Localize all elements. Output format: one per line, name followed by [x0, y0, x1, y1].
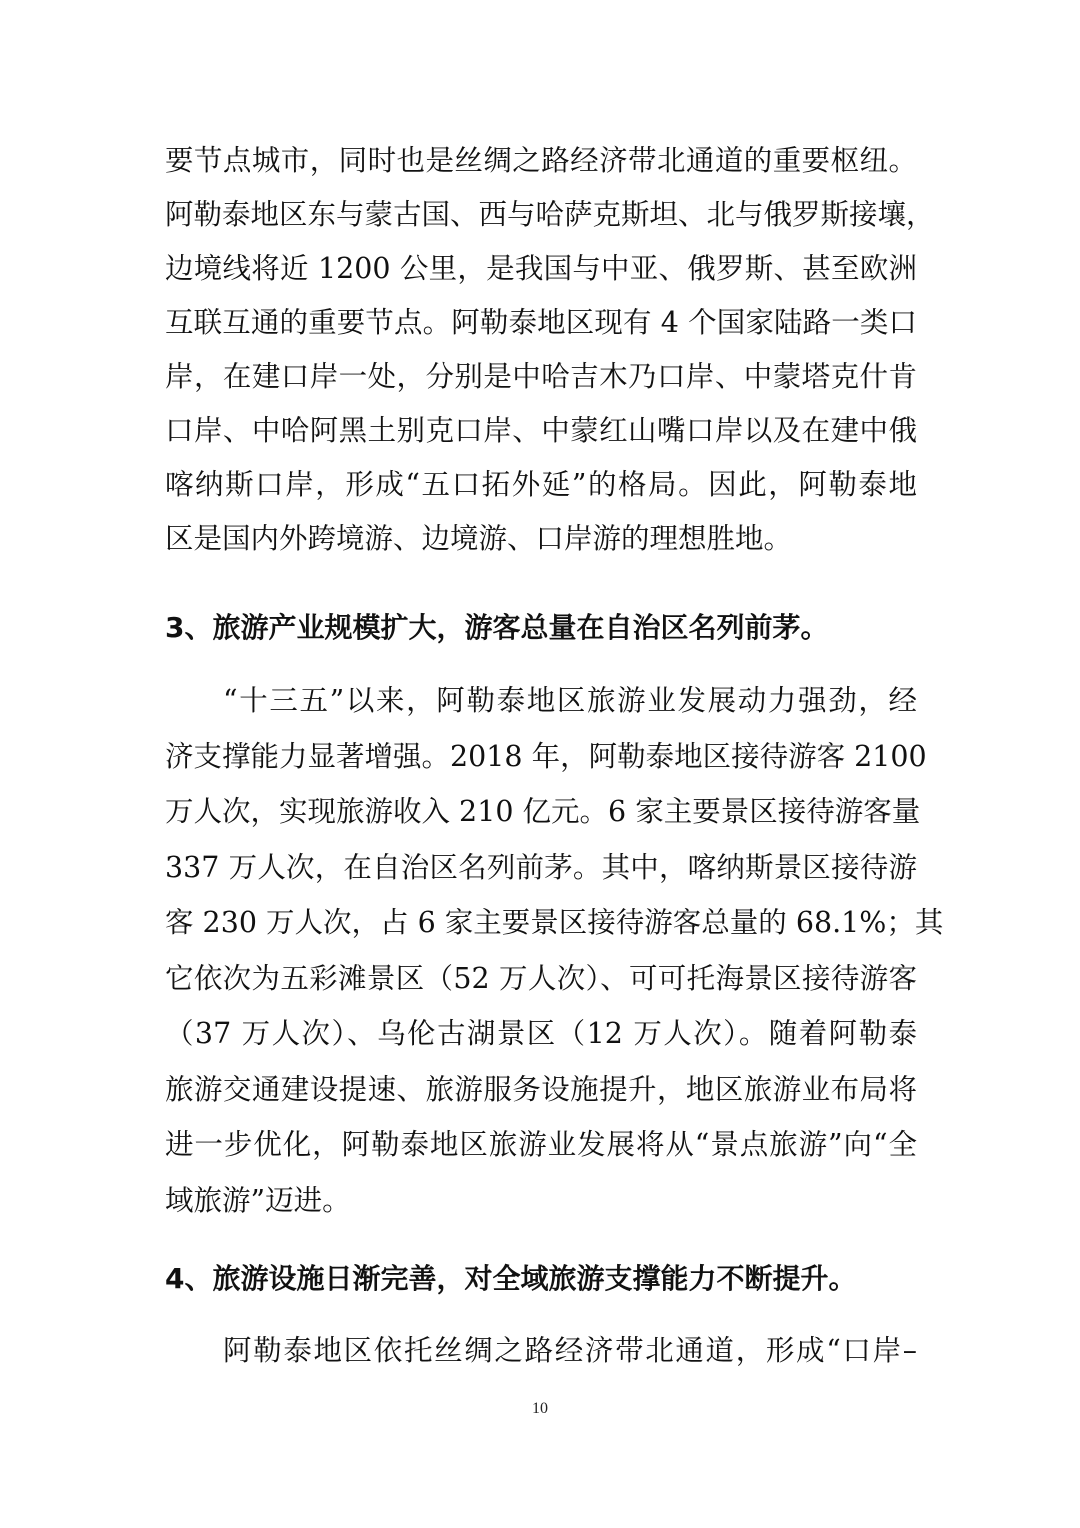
paragraph-line: 万人次，实现旅游收入 210 亿元。6 家主要景区接待游客量 [165, 792, 917, 832]
section-heading-4: 4、旅游设施日渐完善，对全域旅游支撑能力不断提升。 [165, 1259, 857, 1299]
paragraph-line: 客 230 万人次，占 6 家主要景区接待游客总量的 68.1%；其 [165, 903, 917, 943]
paragraph-line: 边境线将近 1200 公里，是我国与中亚、俄罗斯、甚至欧洲 [165, 249, 917, 289]
document-page: 要节点城市，同时也是丝绸之路经济带北通道的重要枢纽。 阿勒泰地区东与蒙古国、西与… [0, 0, 1080, 1528]
paragraph-line: “十三五”以来，阿勒泰地区旅游业发展动力强劲，经 [223, 681, 917, 721]
page-number: 10 [0, 1400, 1080, 1418]
paragraph-line: 要节点城市，同时也是丝绸之路经济带北通道的重要枢纽。 [165, 141, 917, 181]
paragraph-line: 岸，在建口岸一处，分别是中哈吉木乃口岸、中蒙塔克什肯 [165, 357, 917, 397]
section-heading-3: 3、旅游产业规模扩大，游客总量在自治区名列前茅。 [165, 608, 829, 648]
paragraph-line: 阿勒泰地区依托丝绸之路经济带北通道，形成“口岸– [223, 1331, 917, 1371]
paragraph-line: 口岸、中哈阿黑土别克口岸、中蒙红山嘴口岸以及在建中俄 [165, 411, 917, 451]
paragraph-line: 阿勒泰地区东与蒙古国、西与哈萨克斯坦、北与俄罗斯接壤， [165, 195, 917, 235]
paragraph-line: 喀纳斯口岸，形成“五口拓外延”的格局。因此，阿勒泰地 [165, 465, 917, 505]
paragraph-line: 域旅游”迈进。 [165, 1181, 917, 1221]
paragraph-line: 337 万人次，在自治区名列前茅。其中，喀纳斯景区接待游 [165, 848, 917, 888]
paragraph-line: （37 万人次）、乌伦古湖景区（12 万人次）。随着阿勒泰 [165, 1014, 917, 1054]
paragraph-line: 区是国内外跨境游、边境游、口岸游的理想胜地。 [165, 519, 917, 559]
paragraph-line: 它依次为五彩滩景区（52 万人次）、可可托海景区接待游客 [165, 959, 917, 999]
paragraph-line: 济支撑能力显著增强。2018 年，阿勒泰地区接待游客 2100 [165, 737, 917, 777]
paragraph-line: 进一步优化，阿勒泰地区旅游业发展将从“景点旅游”向“全 [165, 1125, 917, 1165]
paragraph-line: 旅游交通建设提速、旅游服务设施提升，地区旅游业布局将 [165, 1070, 917, 1110]
paragraph-line: 互联互通的重要节点。阿勒泰地区现有 4 个国家陆路一类口 [165, 303, 917, 343]
